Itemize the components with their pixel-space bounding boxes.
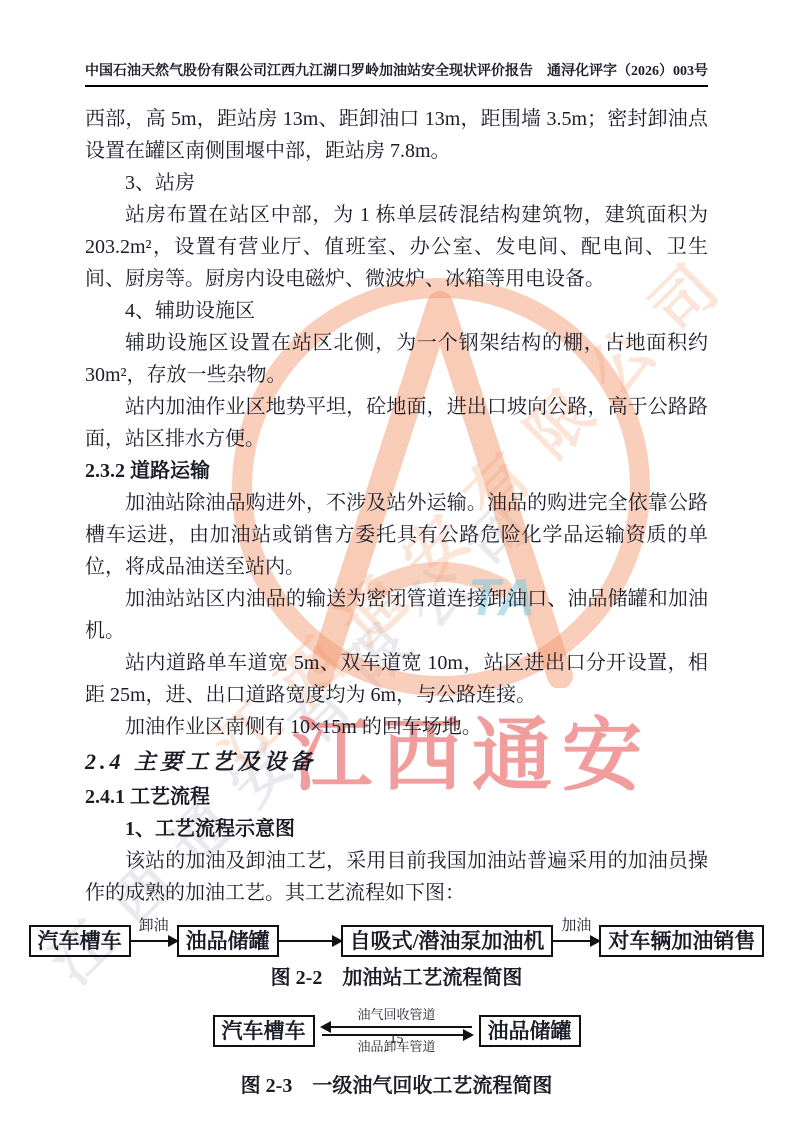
figure-2-2-flow-diagram: 汽车槽车 卸油 油品储罐 自吸式/潜油泵加油机 加油 对车辆加油销售 [85,909,708,957]
subheading-auxiliary-area: 4、辅助设施区 [85,295,708,327]
flow-box-tank-truck: 汽车槽车 [29,925,131,957]
arrow-to-dispenser [279,940,341,942]
subheading-flow-diagram: 1、工艺流程示意图 [85,813,708,845]
arrow-label-unload: 卸油 [139,919,169,934]
paragraph-transport-2: 加油站站区内油品的输送为密闭管道连接卸油口、油品储罐和加油机。 [85,583,708,647]
header-doc-number: 通浔化评字（2026）003号 [547,60,708,80]
heading-2-4-1-process-flow: 2.4.1 工艺流程 [85,781,708,813]
flow-box-vehicle-sales: 对车辆加油销售 [599,925,764,957]
figure-2-3-caption: 图 2-3 一级油气回收工艺流程简图 [85,1071,708,1101]
paragraph-transport-1: 加油站除油品购进外，不涉及站外运输。油品的购进完全依靠公路槽车运进，由加油站或销… [85,487,708,583]
paragraph-tank-position: 西部，高 5m，距站房 13m、距卸油口 13m，距围墙 3.5m；密封卸油点设… [85,103,708,167]
paragraph-transport-4: 加油作业区南侧有 10×15m 的回车场地。 [85,711,708,743]
paragraph-transport-3: 站内道路单车道宽 5m、双车道宽 10m，站区进出口分开设置，相距 25m，进、… [85,647,708,711]
arrow-refuel: 加油 [553,940,599,942]
pipe-label-vapor-recovery: 油气回收管道 [357,1007,435,1023]
page-content: 西部，高 5m，距站房 13m、距卸油口 13m，距围墙 3.5m；密封卸油点设… [85,103,708,1101]
paragraph-station-house: 站房布置在站区中部，为 1 栋单层砖混结构建筑物，建筑面积为 203.2m²，设… [85,199,708,295]
paragraph-terrain: 站内加油作业区地势平坦，砼地面，进出口坡向公路，高于公路路面，站区排水方便。 [85,391,708,455]
page-header: 中国石油天然气股份有限公司江西九江湖口罗岭加油站安全现状评价报告 通浔化评字（2… [85,60,708,87]
arrow-unload-oil: 卸油 [131,940,177,942]
arrow-label-refuel: 加油 [561,919,591,934]
header-report-title: 中国石油天然气股份有限公司江西九江湖口罗岭加油站安全现状评价报告 [85,60,533,80]
subheading-station-house: 3、站房 [85,167,708,199]
figure-2-2-caption: 图 2-2 加油站工艺流程简图 [85,963,708,993]
paragraph-process-intro: 该站的加油及卸油工艺，采用目前我国加油站普遍采用的加油员操作的成熟的加油工艺。其… [85,845,708,909]
paragraph-auxiliary-area: 辅助设施区设置在站区北侧，为一个钢架结构的棚，占地面积约 30m²，存放一些杂物… [85,327,708,391]
page-number: 15 [0,1032,793,1048]
flow-box-dispenser: 自吸式/潜油泵加油机 [341,925,554,957]
heading-2-3-2-road-transport: 2.3.2 道路运输 [85,455,708,487]
heading-2-4-main-process: 2.4 主要工艺及设备 [85,743,708,781]
document-page: 江西通安有限公司 江西通安有限公司 TA 江西通安 中国石油天然气股份有限公司江… [0,0,793,1122]
arrow-vapor-recovery [322,1026,472,1028]
flow-box-storage-tank: 油品储罐 [177,925,279,957]
